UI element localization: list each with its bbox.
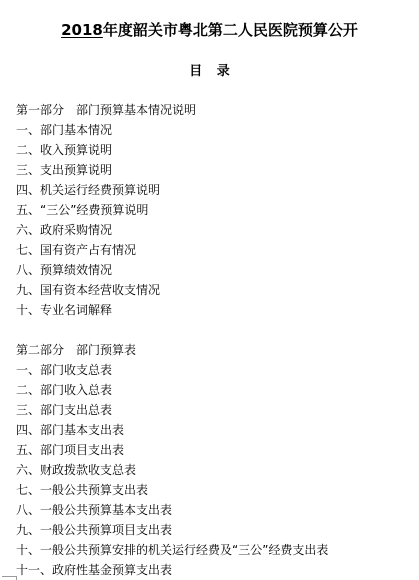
document-title: 2018年度韶关市粤北第二人民医院预算公开 (0, 19, 419, 41)
toc-item: 九、国有资本经营收支情况 (16, 280, 416, 300)
toc-item: 六、政府采购情况 (16, 220, 416, 240)
title-text: 年度韶关市粤北第二人民医院预算公开 (103, 21, 358, 39)
toc-item: 十、专业名词解释 (16, 300, 416, 320)
toc-item: 五、部门项目支出表 (16, 440, 416, 460)
toc-item: 六、财政拨款收支总表 (16, 460, 416, 480)
document-page: 2018年度韶关市粤北第二人民医院预算公开 目 录 第一部分 部门预算基本情况说… (0, 0, 419, 580)
toc-heading: 目 录 (0, 62, 419, 82)
table-of-contents: 第一部分 部门预算基本情况说明 一、部门基本情况 二、收入预算说明 三、支出预算… (16, 100, 416, 580)
toc-item: 七、国有资产占有情况 (16, 240, 416, 260)
toc-item: 四、部门基本支出表 (16, 420, 416, 440)
toc-item: 二、部门收入总表 (16, 380, 416, 400)
toc-item: 七、一般公共预算支出表 (16, 480, 416, 500)
toc-item: 十一、政府性基金预算支出表 (16, 560, 416, 580)
toc-item: 十、一般公共预算安排的机关运行经费及“三公”经费支出表 (16, 540, 416, 560)
toc-item: 五、“三公”经费预算说明 (16, 200, 416, 220)
title-year: 2018 (61, 21, 103, 39)
toc-item: 一、部门收支总表 (16, 360, 416, 380)
toc-item: 八、预算绩效情况 (16, 260, 416, 280)
section-spacer (16, 320, 416, 340)
toc-item: 三、部门支出总表 (16, 400, 416, 420)
part1-heading: 第一部分 部门预算基本情况说明 (16, 100, 416, 120)
toc-item: 一、部门基本情况 (16, 120, 416, 140)
page-corner-mark (2, 576, 17, 580)
toc-item: 八、一般公共预算基本支出表 (16, 500, 416, 520)
toc-item: 三、支出预算说明 (16, 160, 416, 180)
toc-item: 四、机关运行经费预算说明 (16, 180, 416, 200)
part2-heading: 第二部分 部门预算表 (16, 340, 416, 360)
toc-item: 九、一般公共预算项目支出表 (16, 520, 416, 540)
toc-item: 二、收入预算说明 (16, 140, 416, 160)
